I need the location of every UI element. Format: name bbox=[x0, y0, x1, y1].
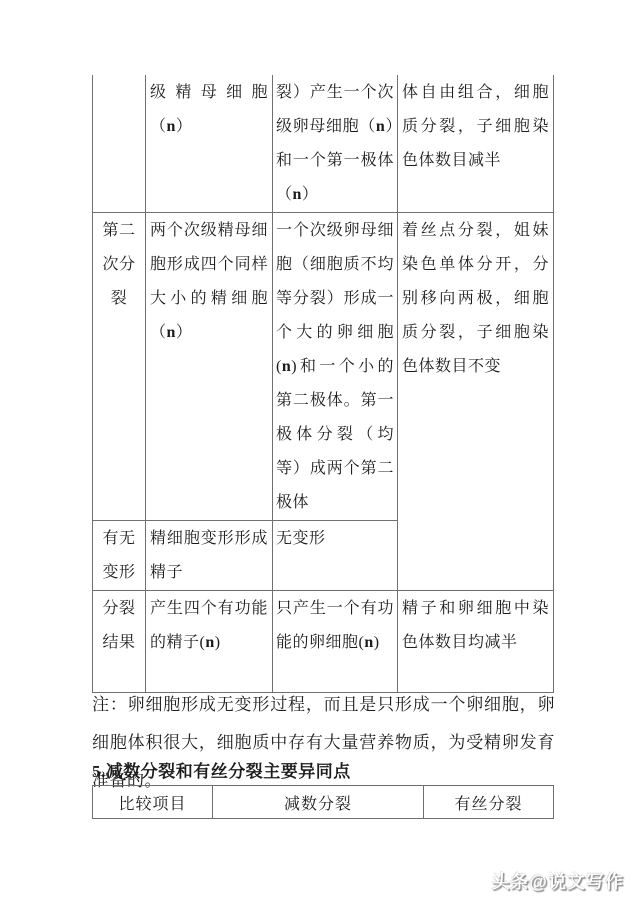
sperm-cell: 产生四个有功能的精子(n) bbox=[146, 591, 273, 693]
document-page: 级精母细胞（n） 裂）产生一个次级卵母细胞（n）和一个第一极体（n） 体自由组合… bbox=[0, 0, 640, 905]
header-cell-mitosis: 有丝分裂 bbox=[424, 786, 554, 819]
row-label-cell: 分裂结果 bbox=[93, 591, 146, 693]
note-paragraph: 注：卵细胞形成无变形过程，而且是只形成一个卵细胞，卵细胞体积很大，细胞质中存有大… bbox=[92, 686, 555, 800]
egg-cell: 只产生一个有功能的卵细胞(n) bbox=[273, 591, 398, 693]
row-label-cell: 第二次分裂 bbox=[93, 213, 146, 521]
common-cell-merged: 着丝点分裂，姐妹染色单体分开，分别移向两极，细胞质分裂，子细胞染色体数目不变 bbox=[398, 213, 554, 591]
table-row-division-result: 分裂结果 产生四个有功能的精子(n) 只产生一个有功能的卵细胞(n) 精子和卵细… bbox=[93, 591, 554, 693]
row-label-cell bbox=[93, 75, 146, 213]
sperm-cell: 两个次级精母细胞形成四个同样大小的精细胞（n） bbox=[146, 213, 273, 521]
table-row-first-division-continued: 级精母细胞（n） 裂）产生一个次级卵母细胞（n）和一个第一极体（n） 体自由组合… bbox=[93, 75, 554, 213]
row-label-cell: 有无变形 bbox=[93, 521, 146, 591]
mitosis-meiosis-table: 比较项目 减数分裂 有丝分裂 bbox=[92, 785, 554, 819]
sperm-cell: 级精母细胞（n） bbox=[146, 75, 273, 213]
egg-cell: 裂）产生一个次级卵母细胞（n）和一个第一极体（n） bbox=[273, 75, 398, 213]
egg-cell: 无变形 bbox=[273, 521, 398, 591]
watermark-text: 头条@说文写作 bbox=[491, 868, 624, 894]
common-cell: 体自由组合，细胞质分裂，子细胞染色体数目减半 bbox=[398, 75, 554, 213]
egg-cell: 一个次级卵母细胞（细胞质不均等分裂）形成一个大的卵细胞(n)和一个小的第二极体。… bbox=[273, 213, 398, 521]
table-row-second-division: 第二次分裂 两个次级精母细胞形成四个同样大小的精细胞（n） 一个次级卵母细胞（细… bbox=[93, 213, 554, 521]
meiosis-comparison-table: 级精母细胞（n） 裂）产生一个次级卵母细胞（n）和一个第一极体（n） 体自由组合… bbox=[92, 75, 554, 693]
header-cell-compare-item: 比较项目 bbox=[93, 786, 213, 819]
header-cell-meiosis: 减数分裂 bbox=[213, 786, 424, 819]
common-cell: 精子和卵细胞中染色体数目均减半 bbox=[398, 591, 554, 693]
table-header-row: 比较项目 减数分裂 有丝分裂 bbox=[93, 786, 554, 819]
sperm-cell: 精细胞变形形成精子 bbox=[146, 521, 273, 591]
section-heading: 5.减数分裂和有丝分裂主要异同点 bbox=[92, 757, 351, 782]
